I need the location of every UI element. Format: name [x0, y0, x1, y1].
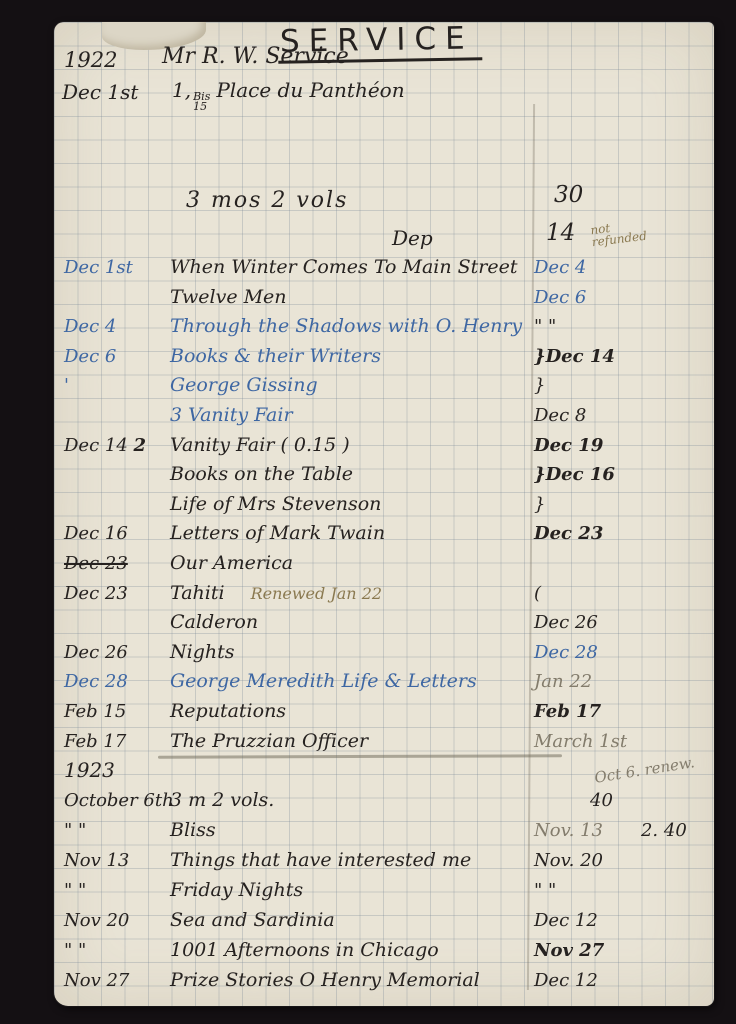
- book-title: Letters of Mark Twain: [170, 519, 534, 549]
- book-title: Calderon: [170, 608, 534, 638]
- ledger-row: Calderon Dec 26: [64, 608, 712, 638]
- borrow-date: Dec 23: [64, 579, 170, 609]
- book-title: Nights: [170, 638, 534, 668]
- book-title: Things that have interested me: [170, 845, 534, 875]
- borrower-address: 1,Bis15Place du Panthéon: [172, 78, 405, 112]
- borrow-date: Nov 27: [64, 966, 170, 996]
- return-date: }: [534, 371, 712, 401]
- section-year: 1923: [64, 758, 115, 782]
- borrow-date: Dec 4: [64, 312, 170, 342]
- return-date: }: [534, 490, 712, 520]
- borrow-date: Dec 16: [64, 519, 170, 549]
- borrow-date: Feb 17: [64, 727, 170, 757]
- borrow-date: Dec 26: [64, 638, 170, 668]
- book-title: Vanity Fair ( 0.15 ): [170, 431, 534, 461]
- ledger-row: " " Bliss Nov. 132. 40: [64, 815, 712, 845]
- borrow-date: Nov 20: [64, 906, 170, 936]
- ledger-row: Feb 17 The Pruzzian Officer March 1st: [64, 727, 712, 757]
- ledger-row: Dec 28 George Meredith Life & Letters Ja…: [64, 667, 712, 697]
- ledger-row: Feb 15 Reputations Feb 17: [64, 697, 712, 727]
- book-title: Through the Shadows with O. Henry: [170, 312, 534, 342]
- book-title: George Meredith Life & Letters: [170, 667, 534, 697]
- copies-mark: 2: [134, 435, 147, 456]
- return-date: Dec 6: [534, 283, 712, 313]
- borrow-date: " ": [64, 876, 170, 906]
- renewal-note: Renewed Jan 22: [251, 584, 382, 603]
- ledger-row: Dec 23 TahitiRenewed Jan 22 (: [64, 579, 712, 609]
- ledger-row: Dec 4 Through the Shadows with O. Henry …: [64, 312, 712, 342]
- subscription-terms: 3 mos 2 vols: [186, 188, 348, 213]
- ledger-row: " " Friday Nights " ": [64, 875, 712, 905]
- book-title: Sea and Sardinia: [170, 905, 534, 935]
- library-lending-card: SERVICE 1922 Dec 1st Mr R. W. Service 1,…: [54, 22, 714, 1006]
- borrow-date: Nov 13: [64, 846, 170, 876]
- return-date: " ": [534, 312, 712, 342]
- borrow-date: Dec 1st: [64, 253, 170, 283]
- ledger-row: 3 Vanity Fair Dec 8: [64, 401, 712, 431]
- ledger-row: Nov 27 Prize Stories O Henry Memorial De…: [64, 965, 712, 995]
- ledger-row: Books on the Table }Dec 16: [64, 460, 712, 490]
- amount-note: 2. 40: [641, 820, 687, 841]
- borrow-date: Dec 28: [64, 667, 170, 697]
- ledger-row: Twelve Men Dec 6: [64, 283, 712, 313]
- return-date: Jan 22: [534, 667, 712, 697]
- book-title: 3 Vanity Fair: [170, 401, 534, 431]
- book-title: Friday Nights: [170, 875, 534, 905]
- return-date: Dec 8: [534, 401, 712, 431]
- return-date: Dec 23: [534, 519, 712, 549]
- borrow-date: " ": [64, 816, 170, 846]
- ledger-row: Dec 23 Our America: [64, 549, 712, 579]
- book-title: 1001 Afternoons in Chicago: [170, 935, 534, 965]
- borrow-date: Feb 15: [64, 697, 170, 727]
- book-title: The Pruzzian Officer: [170, 727, 534, 757]
- ledger-row: Nov 13 Things that have interested me No…: [64, 845, 712, 875]
- return-date: Feb 17: [534, 697, 712, 727]
- deposit-label: Dep: [392, 226, 433, 250]
- ledger-row: Dec 14 2 Vanity Fair ( 0.15 ) Dec 19: [64, 431, 712, 461]
- book-title-cell: TahitiRenewed Jan 22: [170, 579, 534, 609]
- renewal-margin-note: Oct 6. renew.: [593, 753, 696, 787]
- book-title: Tahiti: [170, 582, 225, 604]
- return-date: }Dec 16: [534, 460, 712, 490]
- address-street: Place du Panthéon: [216, 78, 404, 102]
- book-title: Books on the Table: [170, 460, 534, 490]
- address-number: 1,: [172, 78, 191, 102]
- return-date: Nov. 20: [534, 846, 712, 876]
- return-date: Nov 27: [534, 936, 712, 966]
- scanned-library-card-page: { "palette": { "page_bg": "#141013", "ca…: [0, 0, 736, 1024]
- book-title: Reputations: [170, 697, 534, 727]
- borrow-date: Dec 6: [64, 342, 170, 372]
- ledger-row: Life of Mrs Stevenson }: [64, 490, 712, 520]
- ledger-1922: Dec 1st When Winter Comes To Main Street…: [64, 253, 712, 756]
- subscription-renewal-terms: 3 m 2 vols.: [170, 785, 534, 815]
- ledger-row: Dec 6 Books & their Writers }Dec 14: [64, 342, 712, 372]
- ledger-row: ' George Gissing }: [64, 371, 712, 401]
- book-title: Life of Mrs Stevenson: [170, 490, 534, 520]
- return-date: Dec 12: [534, 966, 712, 996]
- deposit-amount: 14: [546, 220, 575, 246]
- return-date: Dec 12: [534, 906, 712, 936]
- return-date: (: [534, 579, 712, 609]
- ledger-1923: October 6th 3 m 2 vols. 40 " " Bliss Nov…: [64, 785, 712, 995]
- return-date: March 1st: [534, 727, 712, 757]
- ledger-row: Dec 1st When Winter Comes To Main Street…: [64, 253, 712, 283]
- return-date: Dec 26: [534, 608, 712, 638]
- return-date: Dec 4: [534, 253, 712, 283]
- subscription-fee: 30: [554, 182, 583, 208]
- return-date: Nov. 13: [534, 820, 603, 841]
- book-title: Books & their Writers: [170, 342, 534, 372]
- return-date-cell: Nov. 132. 40: [534, 816, 712, 846]
- ledger-row: Dec 26 Nights Dec 28: [64, 638, 712, 668]
- book-title: Bliss: [170, 815, 534, 845]
- return-date: " ": [534, 876, 712, 906]
- return-date: Dec 28: [534, 638, 712, 668]
- fee-amount: 40: [534, 786, 712, 816]
- return-date: }Dec 14: [534, 342, 712, 372]
- address-sub: 15: [193, 102, 210, 112]
- borrow-date-struck: Dec 23: [64, 549, 170, 579]
- book-title: Twelve Men: [170, 283, 534, 313]
- borrow-date: " ": [64, 936, 170, 966]
- borrow-date: October 6th: [64, 786, 170, 816]
- book-title: George Gissing: [170, 371, 534, 401]
- book-title: Our America: [170, 549, 534, 579]
- deposit-note: not refunded: [590, 218, 648, 249]
- borrow-date: Dec 14 2: [64, 431, 170, 461]
- return-date: Dec 19: [534, 431, 712, 461]
- borrower-name: Mr R. W. Service: [162, 44, 349, 69]
- book-title: Prize Stories O Henry Memorial: [170, 965, 534, 995]
- address-bis-stack: Bis15: [193, 92, 210, 112]
- book-title: When Winter Comes To Main Street: [170, 253, 534, 283]
- borrow-date: ': [64, 371, 170, 401]
- ledger-row: " " 1001 Afternoons in Chicago Nov 27: [64, 935, 712, 965]
- ledger-row: Nov 20 Sea and Sardinia Dec 12: [64, 905, 712, 935]
- account-open-date: Dec 1st: [62, 80, 138, 104]
- ledger-row: Dec 16 Letters of Mark Twain Dec 23: [64, 519, 712, 549]
- ledger-row: October 6th 3 m 2 vols. 40: [64, 785, 712, 815]
- account-year: 1922: [64, 48, 117, 72]
